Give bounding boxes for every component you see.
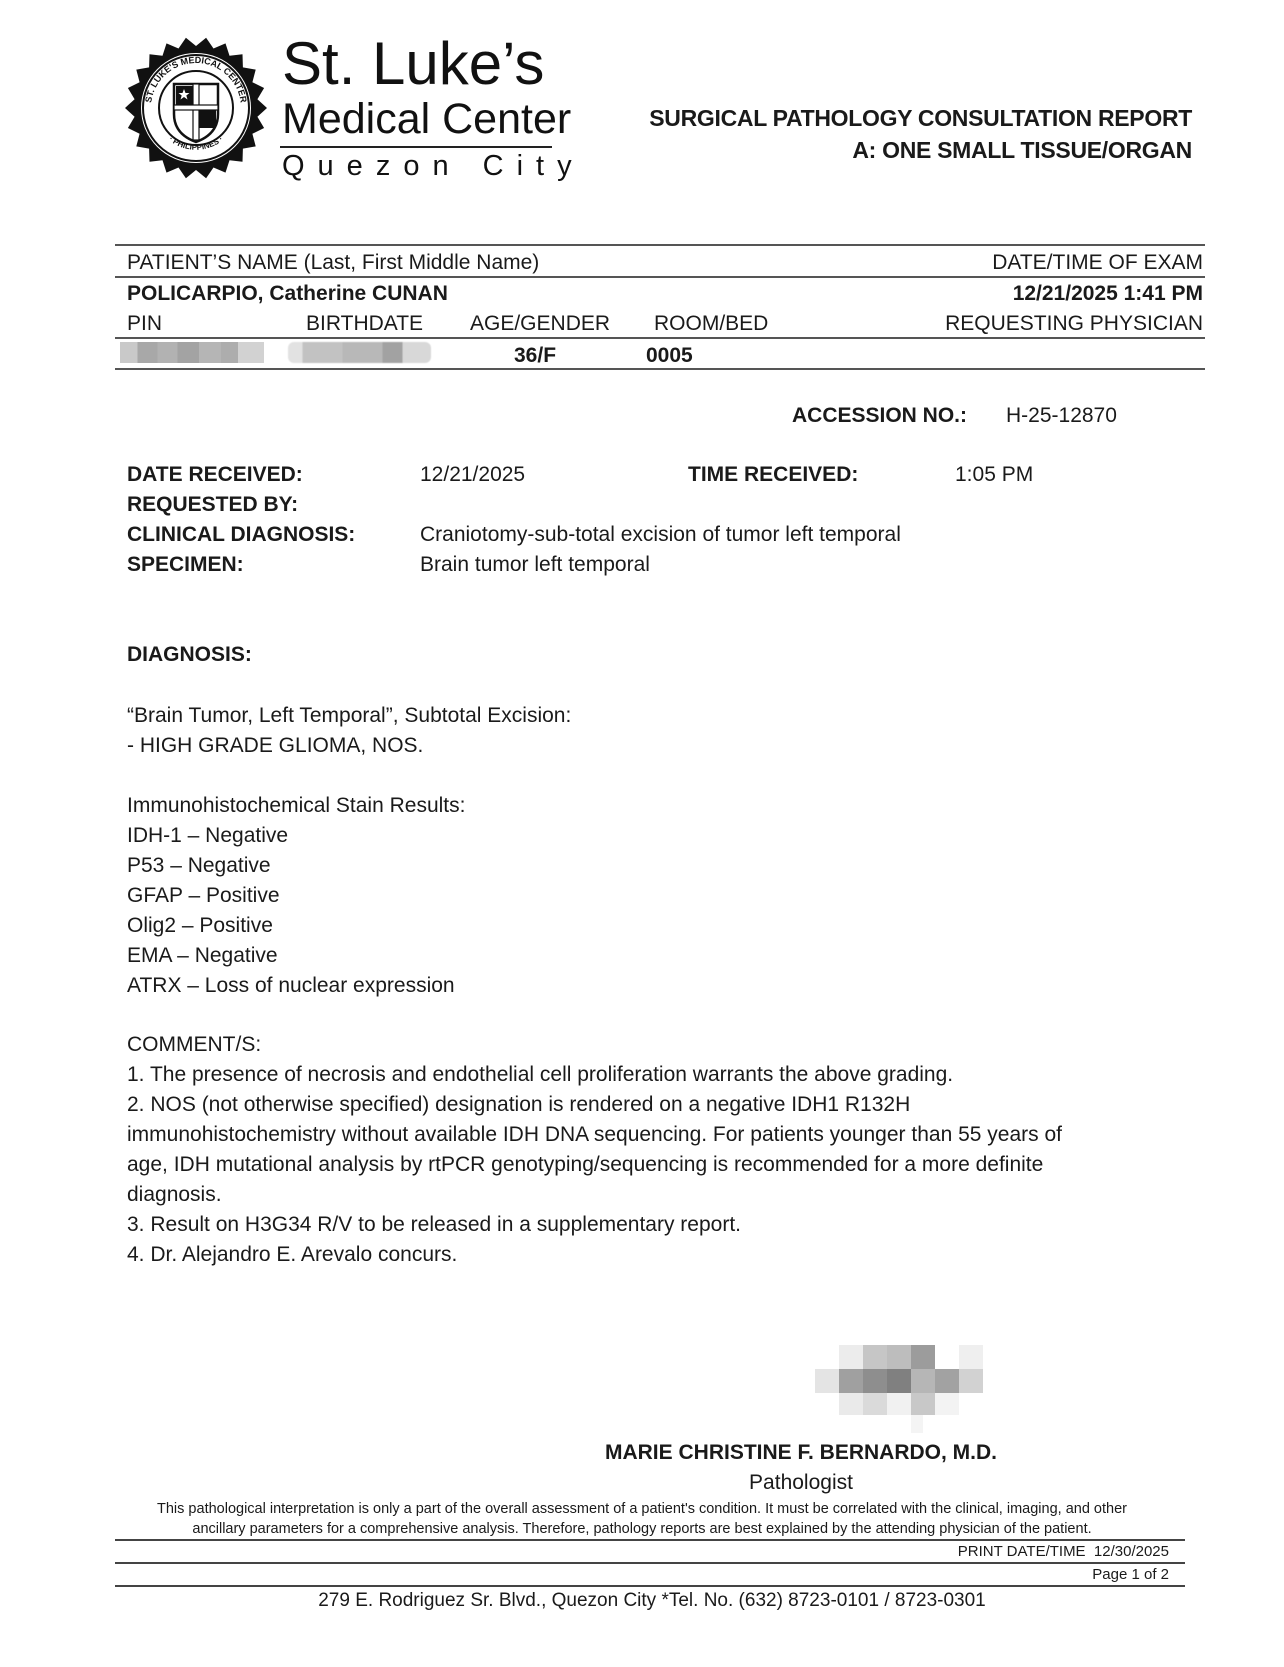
birthdate-redacted (288, 342, 431, 363)
table-rule (115, 276, 1205, 278)
specimen-label: SPECIMEN: (127, 554, 244, 575)
accession-value: H-25-12870 (1006, 405, 1117, 426)
logo-name-line2: Medical Center (282, 98, 571, 141)
requesting-physician-label: REQUESTING PHYSICIAN (945, 313, 1203, 334)
pin-redacted (120, 342, 264, 363)
ihc-result: GFAP – Positive (127, 885, 280, 906)
logo-city: Quezon City (282, 152, 585, 181)
report-title: SURGICAL PATHOLOGY CONSULTATION REPORT (649, 107, 1192, 130)
logo-name-line1: St. Luke’s (282, 34, 544, 94)
age-gender-label: AGE/GENDER (470, 313, 610, 334)
diagnosis-heading: DIAGNOSIS: (127, 644, 252, 665)
comment-line: 1. The presence of necrosis and endothel… (127, 1064, 953, 1085)
disclaimer-line: ancillary parameters for a comprehensive… (0, 1522, 1284, 1537)
birthdate-label: BIRTHDATE (306, 313, 423, 334)
hospital-address: 279 E. Rodriguez Sr. Blvd., Quezon City … (0, 1591, 1284, 1610)
logo-divider (280, 146, 552, 148)
comment-line: immunohistochemistry without available I… (127, 1124, 1062, 1145)
ihc-heading: Immunohistochemical Stain Results: (127, 795, 465, 816)
exam-datetime-label: DATE/TIME OF EXAM (992, 252, 1203, 273)
accession-label: ACCESSION NO.: (792, 405, 967, 426)
signature-redacted (815, 1345, 1010, 1435)
date-received-label: DATE RECEIVED: (127, 464, 303, 485)
ihc-result: ATRX – Loss of nuclear expression (127, 975, 455, 996)
time-received-value: 1:05 PM (955, 464, 1033, 485)
diagnosis-line: - HIGH GRADE GLIOMA, NOS. (127, 735, 423, 756)
room-bed-label: ROOM/BED (654, 313, 768, 334)
footer-rule (115, 1585, 1185, 1587)
pathologist-title: Pathologist (0, 1472, 1284, 1493)
comment-line: 3. Result on H3G34 R/V to be released in… (127, 1214, 741, 1235)
requested-by-label: REQUESTED BY: (127, 494, 298, 515)
room-bed-value: 0005 (646, 345, 693, 366)
footer-rule (115, 1539, 1185, 1541)
table-rule (115, 244, 1205, 246)
date-received-value: 12/21/2025 (420, 464, 525, 485)
age-gender-value: 36/F (514, 345, 556, 366)
pin-label: PIN (127, 313, 162, 334)
comments-heading: COMMENT/S: (127, 1034, 261, 1055)
table-rule (115, 368, 1205, 370)
ihc-result: EMA – Negative (127, 945, 278, 966)
comment-line: diagnosis. (127, 1184, 222, 1205)
ihc-result: IDH-1 – Negative (127, 825, 288, 846)
diagnosis-line: “Brain Tumor, Left Temporal”, Subtotal E… (127, 705, 571, 726)
disclaimer-line: This pathological interpretation is only… (0, 1502, 1284, 1517)
clinical-diagnosis-value: Craniotomy-sub-total excision of tumor l… (420, 524, 901, 545)
patient-name-value: POLICARPIO, Catherine CUNAN (127, 283, 448, 304)
ihc-result: P53 – Negative (127, 855, 271, 876)
report-subtitle: A: ONE SMALL TISSUE/ORGAN (852, 139, 1192, 162)
pathologist-name: MARIE CHRISTINE F. BERNARDO, M.D. (0, 1442, 1284, 1463)
clinical-diagnosis-label: CLINICAL DIAGNOSIS: (127, 524, 355, 545)
comment-line: 2. NOS (not otherwise specified) designa… (127, 1094, 910, 1115)
table-rule (115, 337, 1205, 339)
medical-center-seal-icon: ST. LUKE'S MEDICAL CENTER · PHILIPPINES … (124, 36, 268, 180)
page-number: Page 1 of 2 (1092, 1567, 1169, 1582)
time-received-label: TIME RECEIVED: (688, 464, 858, 485)
print-datetime-label: PRINT DATE/TIME (958, 1543, 1086, 1560)
comment-line: 4. Dr. Alejandro E. Arevalo concurs. (127, 1244, 457, 1265)
ihc-result: Olig2 – Positive (127, 915, 273, 936)
print-datetime-value: 12/30/2025 (1094, 1543, 1169, 1560)
patient-name-label: PATIENT’S NAME (Last, First Middle Name) (127, 252, 539, 273)
exam-datetime-value: 12/21/2025 1:41 PM (1013, 283, 1203, 304)
specimen-value: Brain tumor left temporal (420, 554, 650, 575)
footer-rule (115, 1562, 1185, 1564)
print-datetime: PRINT DATE/TIME 12/30/2025 (958, 1544, 1169, 1559)
comment-line: age, IDH mutational analysis by rtPCR ge… (127, 1154, 1043, 1175)
